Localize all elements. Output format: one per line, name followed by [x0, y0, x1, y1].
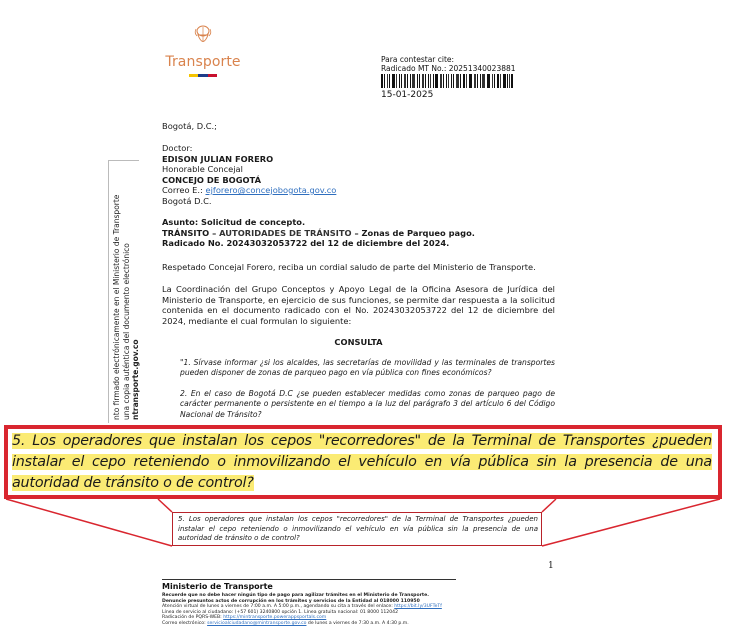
subject-topic: TRÁNSITO – AUTORIDADES DE TRÁNSITO – Zon… [162, 228, 555, 239]
recipient-name: EDISON JULIAN FORERO [162, 154, 555, 165]
intro-paragraph: La Coordinación del Grupo Conceptos y Ap… [162, 284, 555, 326]
recipient-block: Doctor: EDISON JULIAN FORERO Honorable C… [162, 143, 555, 206]
letter-place: Bogotá, D.C.; [162, 121, 555, 132]
email-label: Correo E.: [162, 185, 206, 195]
barcode [381, 74, 515, 88]
flag-yellow [189, 74, 198, 77]
subject-block: Asunto: Solicitud de concepto. TRÁNSITO … [162, 217, 555, 249]
footer-link-cita[interactable]: https://bit.ly/3UFTeTf [394, 604, 442, 609]
email-link[interactable]: ejforero@concejobogota.gov.co [206, 185, 337, 195]
salutation-title: Doctor: [162, 143, 555, 154]
highlighted-question-5: 5. Los operadores que instalan los cepos… [12, 431, 712, 494]
cite-label: Para contestar cite: [381, 55, 516, 64]
greeting: Respetado Concejal Forero, reciba un cor… [162, 262, 555, 273]
recipient-email-row: Correo E.: ejforero@concejobogota.gov.co [162, 185, 555, 196]
flag-blue [198, 74, 207, 77]
question-1: "1. Sírvase informar ¿si los alcaldes, l… [180, 358, 555, 379]
subject-line: Asunto: Solicitud de concepto. [162, 217, 555, 228]
footer-link-email[interactable]: servicioalciudadano@mintransporte.gov.co [207, 621, 306, 626]
radicado-mt: Radicado MT No.: 20251340023881 [381, 64, 516, 73]
section-heading: CONSULTA [162, 337, 555, 348]
subject-radicado: Radicado No. 20243032053722 del 12 de di… [162, 238, 555, 249]
footer-line-6: Correo electrónico: servicioalciudadano@… [162, 621, 522, 627]
flag-red [208, 74, 217, 77]
side-note-line: ntransporte.gov.co [131, 160, 141, 420]
recipient-city: Bogotá D.C. [162, 196, 555, 207]
recipient-org: CONCEJO DE BOGOTÁ [162, 175, 555, 186]
flag-stripe [189, 74, 217, 77]
recipient-role: Honorable Concejal [162, 164, 555, 175]
side-note: nto firmado electrónicamente en el Minis… [112, 160, 141, 420]
footer-divider [162, 579, 456, 580]
question-5-original: 5. Los operadores que instalan los cepos… [178, 515, 538, 544]
question-2: 2. En el caso de Bogotá D.C ¿se pueden e… [180, 389, 555, 420]
page-number: 1 [548, 561, 554, 571]
side-note-line: una copia auténtica del documento electr… [122, 160, 132, 420]
ministry-logo: Transporte [160, 24, 246, 80]
logo-text: Transporte [160, 54, 246, 70]
coat-of-arms-icon [193, 24, 213, 48]
cite-date: 15-01-2025 [381, 90, 433, 100]
side-note-line: nto firmado electrónicamente en el Minis… [112, 160, 122, 420]
footer-link-pqrs[interactable]: https://mintransporte.powerappsportals.c… [223, 615, 326, 620]
cite-block: Para contestar cite: Radicado MT No.: 20… [381, 55, 516, 73]
footer-org: Ministerio de Transporte [162, 582, 273, 591]
